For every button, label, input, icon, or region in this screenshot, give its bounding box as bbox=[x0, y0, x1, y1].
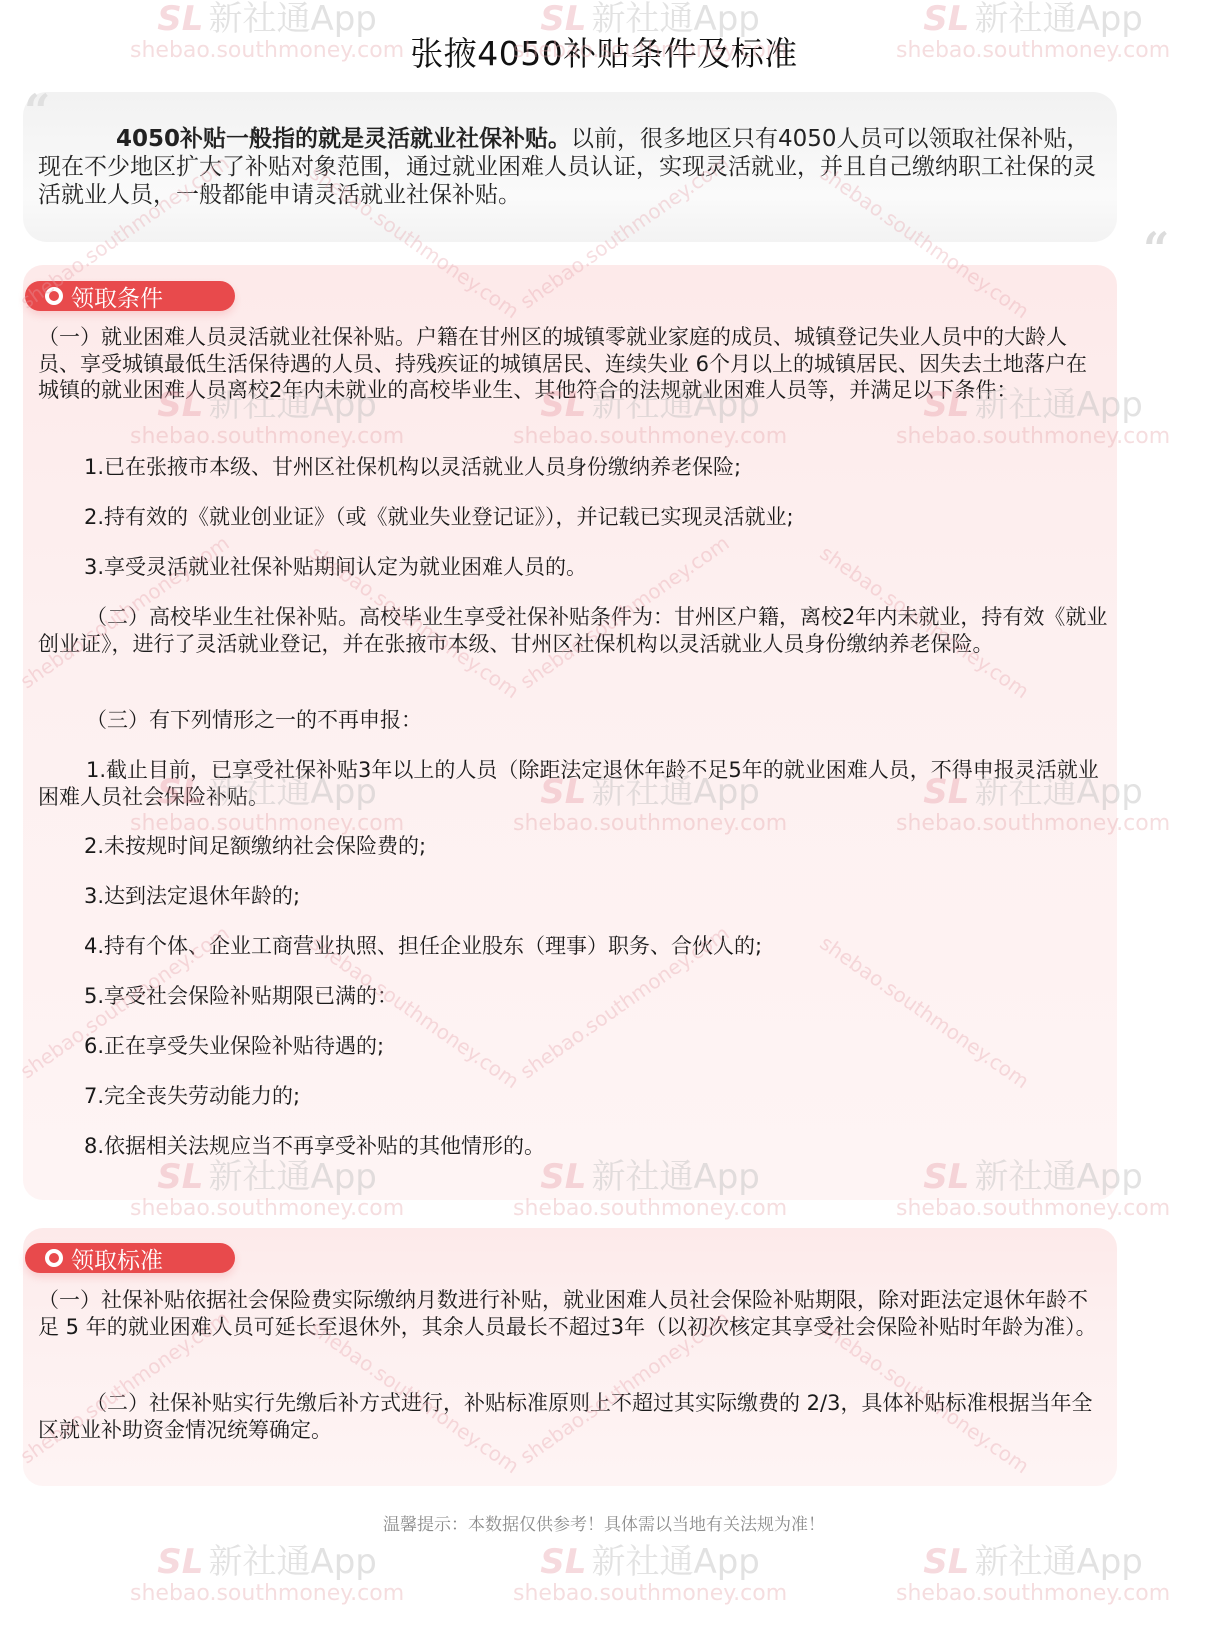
conditions-paragraph: （二）高校毕业生社保补贴。高校毕业生享受社保补贴条件为：甘州区户籍，离校2年内未… bbox=[38, 604, 1108, 657]
exclusion-item: 1.截止目前，已享受社保补贴3年以上的人员（除距法定退休年龄不足5年的就业困难人… bbox=[38, 757, 1108, 810]
footer-note: 温馨提示：本数据仅供参考！具体需以当地有关法规为准！ bbox=[0, 1510, 1208, 1535]
conditions-item: 2.持有效的《就业创业证》（或《就业失业登记证》），并记载已实现灵活就业; bbox=[84, 504, 1104, 531]
quote-mark-icon: “ bbox=[1143, 222, 1169, 276]
exclusion-item: 8.依据相关法规应当不再享受补贴的其他情形的。 bbox=[84, 1133, 1104, 1160]
page-title: 张掖4050补贴条件及标准 bbox=[0, 28, 1208, 75]
watermark: SL 新社通Appshebao.southmoney.com bbox=[130, 1545, 404, 1605]
intro-bold-lead: 4050补贴一般指的就是灵活就业社保补贴。 bbox=[116, 126, 571, 152]
section-badge-standards: 领取标准 bbox=[25, 1243, 235, 1273]
conditions-paragraph: （一）就业困难人员灵活就业社保补贴。户籍在甘州区的城镇零就业家庭的成员、城镇登记… bbox=[38, 324, 1108, 404]
exclusion-item: 2.未按规时间足额缴纳社会保险费的; bbox=[84, 833, 1104, 860]
exclusion-item: 4.持有个体、企业工商营业执照、担任企业股东（理事）职务、合伙人的; bbox=[84, 933, 1104, 960]
conditions-item: 3.享受灵活就业社保补贴期间认定为就业困难人员的。 bbox=[84, 554, 1104, 581]
exclusion-item: 6.正在享受失业保险补贴待遇的; bbox=[84, 1033, 1104, 1060]
section-badge-conditions: 领取条件 bbox=[25, 281, 235, 311]
watermark: SL 新社通Appshebao.southmoney.com bbox=[896, 1545, 1170, 1605]
badge-label: 领取条件 bbox=[71, 280, 163, 313]
conditions-item: 1.已在张掖市本级、甘州区社保机构以灵活就业人员身份缴纳养老保险; bbox=[84, 454, 1104, 481]
conditions-paragraph: （三）有下列情形之一的不再申报： bbox=[38, 707, 1108, 734]
circle-icon bbox=[45, 1249, 63, 1267]
exclusion-item: 7.完全丧失劳动能力的; bbox=[84, 1083, 1104, 1110]
badge-label: 领取标准 bbox=[71, 1242, 163, 1275]
watermark: SL 新社通Appshebao.southmoney.com bbox=[513, 1545, 787, 1605]
standards-paragraph: （一）社保补贴依据社会保险费实际缴纳月数进行补贴，就业困难人员社会保险补贴期限，… bbox=[38, 1287, 1108, 1340]
circle-icon bbox=[45, 287, 63, 305]
intro-text: 4050补贴一般指的就是灵活就业社保补贴。以前，很多地区只有4050人员可以领取… bbox=[38, 125, 1108, 209]
exclusion-item: 3.达到法定退休年龄的; bbox=[84, 883, 1104, 910]
exclusion-item: 5.享受社会保险补贴期限已满的： bbox=[84, 983, 1104, 1010]
standards-paragraph: （二）社保补贴实行先缴后补方式进行，补贴标准原则上不超过其实际缴费的 2/3，具… bbox=[38, 1390, 1108, 1443]
